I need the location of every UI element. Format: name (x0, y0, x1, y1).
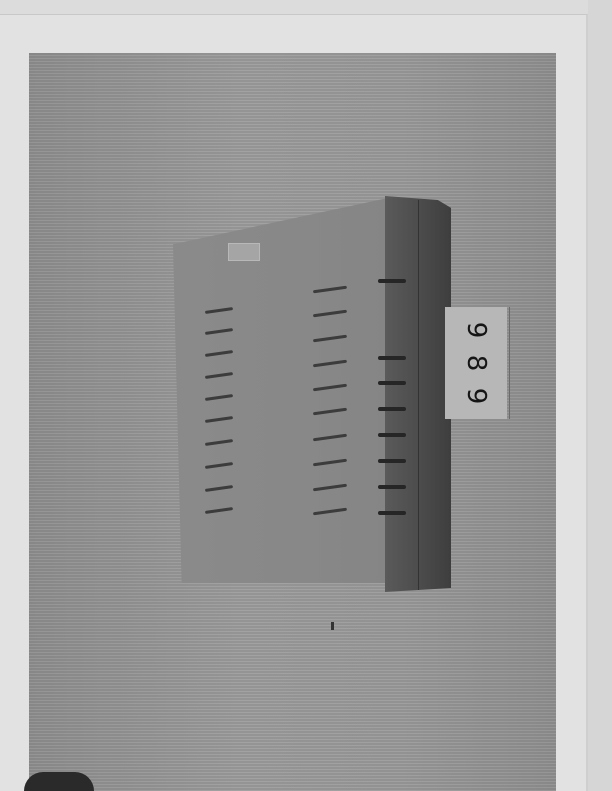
shadow (24, 772, 94, 791)
device-front-face (173, 198, 388, 583)
vent-slot (378, 433, 406, 437)
tag-divider (509, 307, 510, 419)
scan-margin (588, 0, 612, 791)
vent-slot (378, 279, 406, 283)
number-tag: 9 8 9 (445, 307, 507, 419)
vent-slot (378, 511, 406, 515)
vent-slot (378, 485, 406, 489)
surface-mark (331, 622, 334, 630)
vent-slot (378, 356, 406, 360)
tag-digit: 9 (459, 365, 493, 427)
vent-slot (378, 459, 406, 463)
device-seam (418, 200, 419, 590)
vent-slot (378, 407, 406, 411)
vent-slot (378, 381, 406, 385)
device-badge (228, 243, 260, 261)
